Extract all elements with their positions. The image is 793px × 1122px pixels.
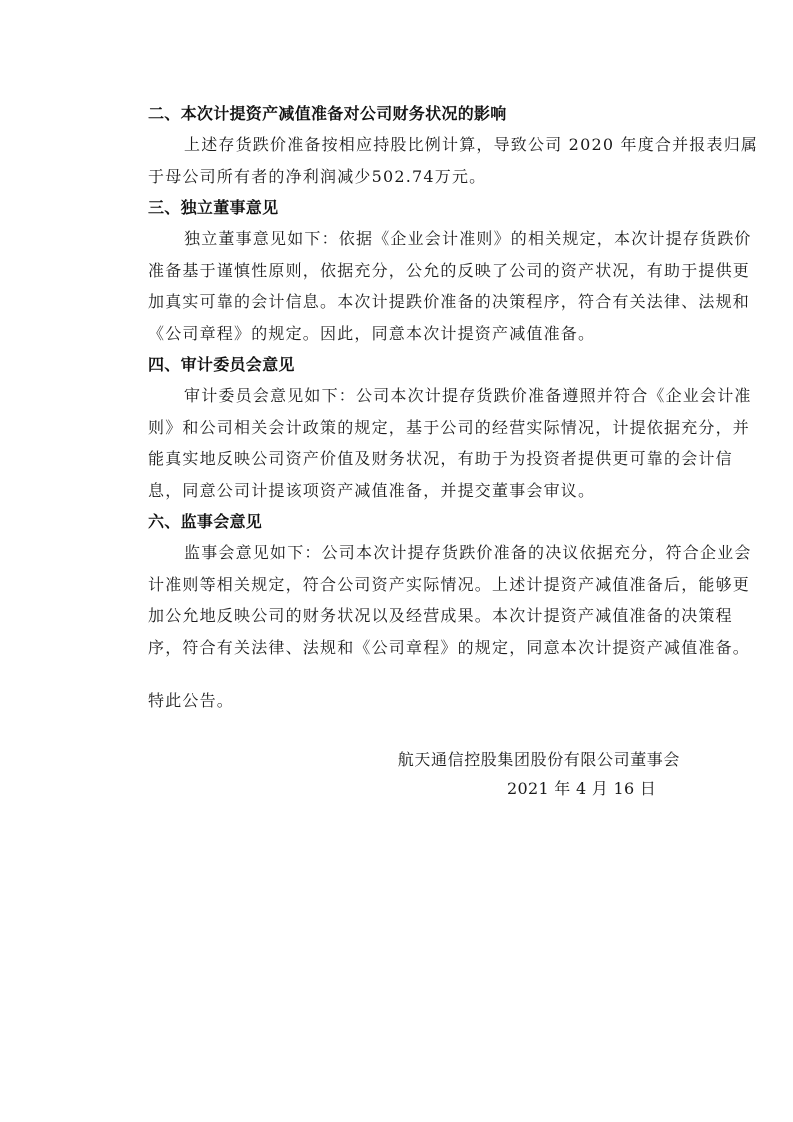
section-independent-directors: 三、独立董事意见 独立董事意见如下：依据《企业会计准则》的相关规定，本次计提存货… (112, 192, 680, 349)
text-line: 监事会意见如下：公司本次计提存货跌价准备的决议依据充分，符合企业会 (112, 537, 680, 569)
text-line: 准备基于谨慎性原则，依据充分，公允的反映了公司的资产状况，有助于提供更 (112, 255, 680, 287)
closing-statement: 特此公告。 (112, 685, 680, 716)
section-audit-committee: 四、审计委员会意见 审计委员会意见如下：公司本次计提存货跌价准备遵照并符合《企业… (112, 349, 680, 506)
section-body: 审计委员会意见如下：公司本次计提存货跌价准备遵照并符合《企业会计准 则》和公司相… (112, 380, 680, 506)
text-line: 上述存货跌价准备按相应持股比例计算，导致公司 2020 年度合并报表归属 (112, 129, 680, 161)
text-line: 能真实地反映公司资产价值及财务状况，有助于为投资者提供更可靠的会计信 (112, 443, 680, 475)
section-body: 上述存货跌价准备按相应持股比例计算，导致公司 2020 年度合并报表归属 于母公… (112, 129, 680, 192)
text-line: 《公司章程》的规定。因此，同意本次计提资产减值准备。 (112, 318, 680, 350)
document-page: 二、本次计提资产减值准备对公司财务状况的影响 上述存货跌价准备按相应持股比例计算… (112, 98, 680, 716)
text-line: 息，同意公司计提该项资产减值准备，并提交董事会审议。 (112, 475, 680, 507)
section-heading: 三、独立董事意见 (112, 192, 680, 223)
text-line: 审计委员会意见如下：公司本次计提存货跌价准备遵照并符合《企业会计准 (112, 380, 680, 412)
text-line: 于母公司所有者的净利润减少502.74万元。 (112, 161, 680, 193)
section-financial-impact: 二、本次计提资产减值准备对公司财务状况的影响 上述存货跌价准备按相应持股比例计算… (112, 98, 680, 192)
signature-company: 航天通信控股集团股份有限公司董事会 (398, 746, 680, 774)
text-line: 加真实可靠的会计信息。本次计提跌价准备的决策程序，符合有关法律、法规和 (112, 286, 680, 318)
text-line: 序，符合有关法律、法规和《公司章程》的规定，同意本次计提资产减值准备。 (112, 632, 680, 664)
text-line: 加公允地反映公司的财务状况以及经营成果。本次计提资产减值准备的决策程 (112, 600, 680, 632)
section-heading: 六、监事会意见 (112, 506, 680, 537)
text-line: 则》和公司相关会计政策的规定，基于公司的经营实际情况，计提依据充分，并 (112, 412, 680, 444)
section-body: 监事会意见如下：公司本次计提存货跌价准备的决议依据充分，符合企业会 计准则等相关… (112, 537, 680, 663)
signature-date: 2021 年 4 月 16 日 (507, 775, 656, 803)
section-body: 独立董事意见如下：依据《企业会计准则》的相关规定，本次计提存货跌价 准备基于谨慎… (112, 223, 680, 349)
section-heading: 二、本次计提资产减值准备对公司财务状况的影响 (112, 98, 680, 129)
text-line: 独立董事意见如下：依据《企业会计准则》的相关规定，本次计提存货跌价 (112, 223, 680, 255)
section-supervisory-board: 六、监事会意见 监事会意见如下：公司本次计提存货跌价准备的决议依据充分，符合企业… (112, 506, 680, 663)
section-heading: 四、审计委员会意见 (112, 349, 680, 380)
text-line: 计准则等相关规定，符合公司资产实际情况。上述计提资产减值准备后，能够更 (112, 569, 680, 601)
spacer (112, 663, 680, 685)
